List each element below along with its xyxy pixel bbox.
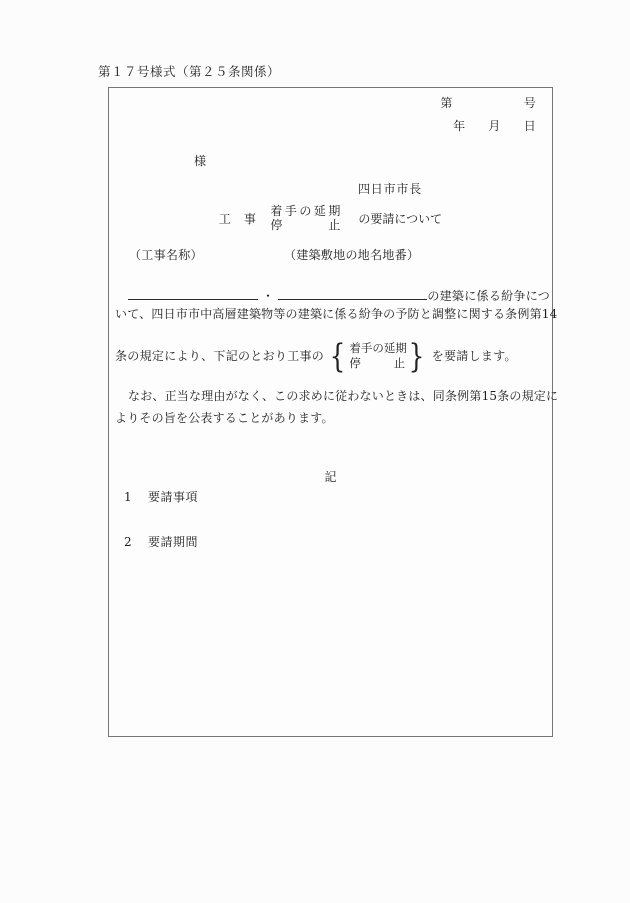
doc-number-suffix: 号 [524,96,536,111]
title-option-postpone: 着 手 の 延 期 [270,204,340,218]
title-right-text: の要請について [358,210,442,227]
close-brace: } [409,338,425,374]
date-day-label: 日 [524,119,536,134]
date-month-label: 月 [488,119,500,134]
site-address-blank-field [278,285,427,300]
date-year-label: 年 [453,119,465,134]
document-title: 工 事 着 手 の 延 期 停 止 の要請について [109,204,552,232]
document-number-line: 第 号 [440,96,536,111]
work-name-blank-field [128,285,258,300]
request-option-stop: 停 止 [349,356,405,371]
item-1-number: 1 [124,490,134,505]
item-2-number: 2 [124,535,134,550]
request-option-stack: 着手の延期 停 止 [349,341,405,371]
addressee-honorific: 様 [194,154,206,169]
request-option-postpone: 着手の延期 [349,341,405,356]
field-labels-row: （工事名称） （建築敷地の地名地番） [109,248,552,264]
list-item-request-matter: 1 要請事項 [124,490,198,505]
site-address-label: （建築敷地の地名地番） [284,248,419,263]
document-page: 第１７号様式（第２５条関係） 第 号 年 月 日 様 四日市市長 工 事 着 手… [0,0,630,903]
request-after-text: を要請します。 [432,349,517,364]
form-number-label: 第１７号様式（第２５条関係） [98,64,280,79]
fill-in-line-tail: の建築に係る紛争につ [427,288,550,305]
list-item-request-period: 2 要請期間 [124,535,198,550]
request-sentence: 条の規定により、下記のとおり工事の { 着手の延期 停 止 } を要請します。 [115,338,517,374]
title-left-text: 工 事 [219,210,257,227]
record-heading: 記 [109,470,552,485]
open-brace: { [330,338,346,374]
item-1-label: 要請事項 [148,490,198,505]
note-line-2: よりその旨を公表することがあります。 [115,411,334,426]
date-line: 年 月 日 [453,119,536,134]
note-line-1: なお、正当な理由がなく、この求めに従わないときは、同条例第15条の規定に [115,389,558,404]
fill-in-line: ・ の建築に係る紛争につ [115,285,550,305]
sender-mayor: 四日市市長 [358,182,422,197]
title-option-stack: 着 手 の 延 期 停 止 [270,204,340,232]
work-name-label: （工事名称） [129,248,203,263]
body-line-1: いて、四日市市中高層建築物等の建築に係る紛争の予防と調整に関する条例第14 [115,307,557,322]
title-option-stop: 停 止 [270,218,340,232]
separator-dot: ・ [262,288,274,305]
item-2-label: 要請期間 [148,535,198,550]
doc-number-prefix: 第 [440,96,452,111]
request-before-text: 条の規定により、下記のとおり工事の [115,349,324,364]
form-border-box: 第 号 年 月 日 様 四日市市長 工 事 着 手 の 延 期 停 [108,87,553,737]
